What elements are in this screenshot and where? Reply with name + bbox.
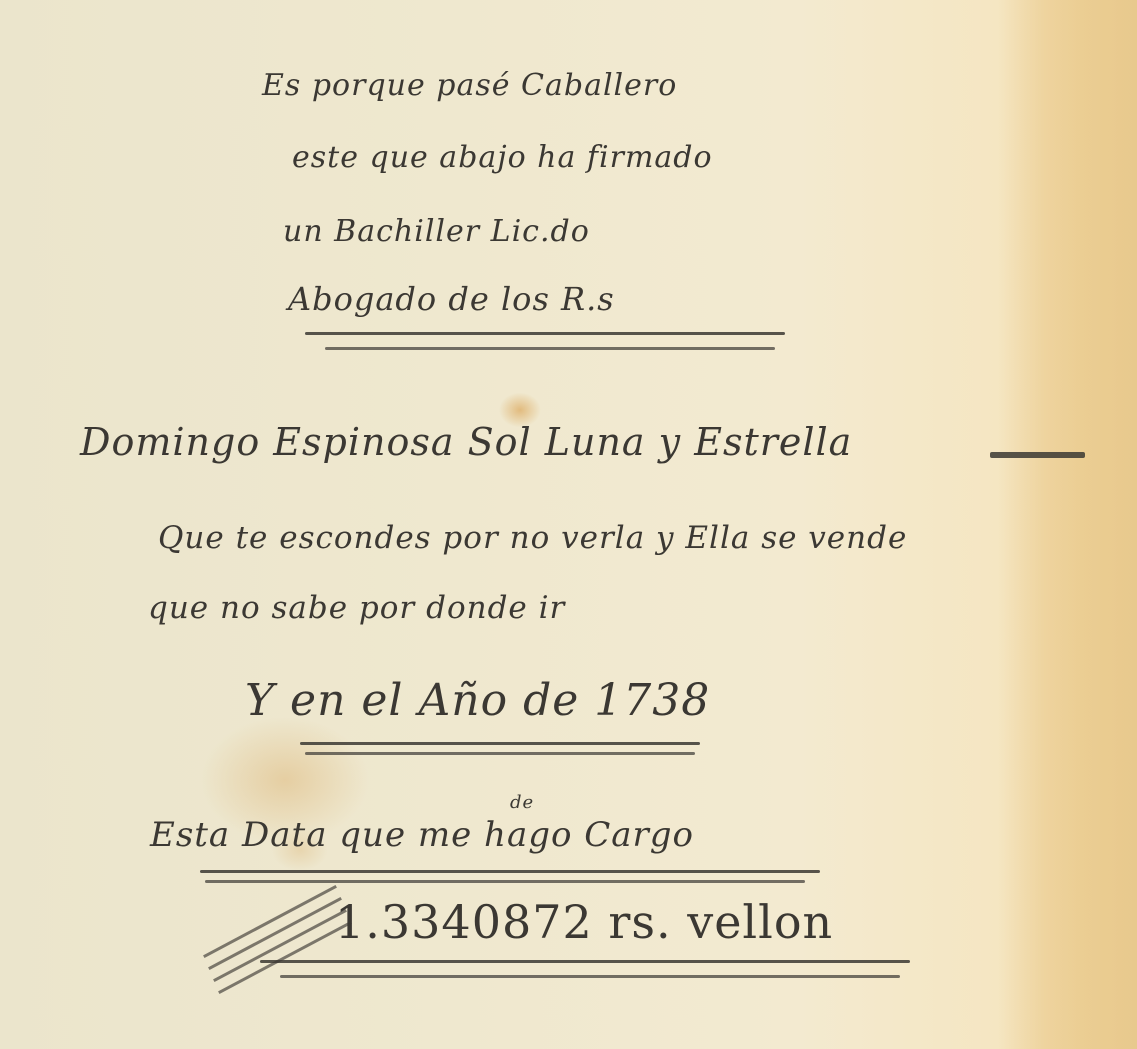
line-6: Que te escondes por no verla y Ella se v…	[158, 520, 907, 556]
line-2: este que abajo ha firmado	[292, 140, 713, 175]
paper-edge-stain	[997, 0, 1137, 1049]
line-9-superscript: de	[510, 792, 534, 813]
line-5: Domingo Espinosa Sol Luna y Estrella	[80, 420, 852, 464]
hatch-flourish	[218, 921, 352, 994]
underline-rule	[325, 347, 775, 350]
underline-rule	[280, 975, 900, 978]
line-9: Esta Data que me hago Cargo	[150, 815, 694, 855]
flourish-stroke	[990, 452, 1085, 458]
line-4: Abogado de los R.s	[288, 280, 615, 318]
underline-rule	[305, 752, 695, 755]
line-3: un Bachiller Lic.do	[283, 214, 590, 249]
line-1: Es porque pasé Caballero	[262, 68, 677, 103]
underline-rule	[300, 742, 700, 745]
line-10-amount: 1.3340872 rs. vellon	[335, 895, 833, 949]
underline-rule	[205, 880, 805, 883]
underline-rule	[260, 960, 910, 963]
line-8: Y en el Año de 1738	[245, 675, 710, 726]
hatch-flourish	[203, 885, 337, 958]
underline-rule	[305, 332, 785, 335]
line-7: que no sabe por donde ir	[148, 590, 565, 626]
hatch-flourish	[213, 909, 347, 982]
underline-rule	[200, 870, 820, 873]
